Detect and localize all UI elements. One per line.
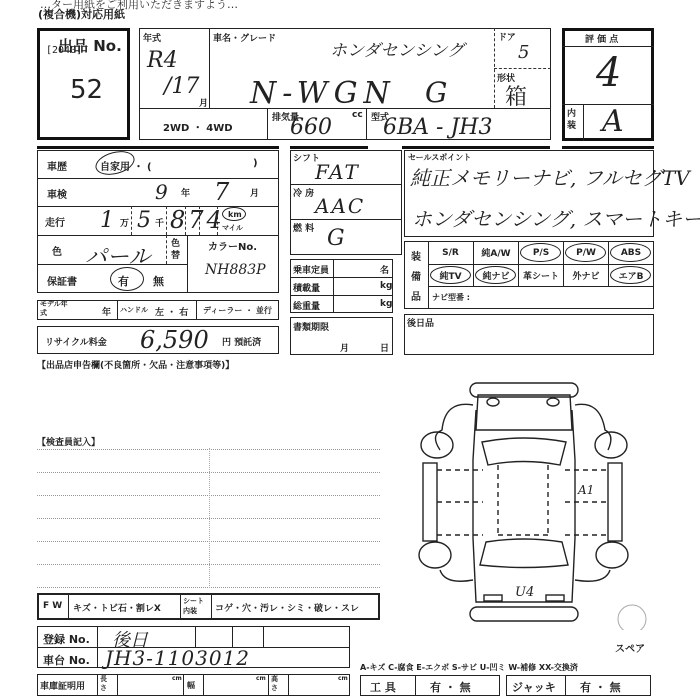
score-label: 評 価 点 [585,32,618,45]
docs-day: 日 [380,341,389,354]
color-no-label: カラーNo. [208,238,257,253]
mileage-man-unit: 万 [120,216,129,229]
grade-value: G [425,76,447,109]
sales-point-line1: 純正メモリーナビ, フルセグTV [410,162,690,191]
load-label: 積載量 [293,281,320,294]
length-label: 長さ [100,675,112,693]
door-value: 5 [518,42,529,63]
inspection-year-unit: 年 [181,186,190,199]
fw-options: キズ・トビ石・割レX [73,601,161,614]
width-unit: cm [256,675,266,682]
docs-month: 月 [340,341,349,354]
lot-stamp: [2040] [46,45,82,56]
color-value: パール [85,240,151,271]
mileage-sen-unit: 千 [155,216,164,229]
year-value: R4 [147,48,178,73]
inspection-month: 7 [214,178,229,206]
equipment-selected-circle [565,243,606,262]
warranty-no[interactable]: 無 [153,273,164,289]
warranty-label: 保証書 [47,273,77,288]
dealer-label[interactable]: ディーラー ・ 並行 [203,305,272,316]
equipment-item[interactable]: 純A/W [473,241,518,264]
handle-label: ハンドル [120,305,148,315]
spare-label: スペア [615,640,645,655]
model-year-label: モデル年式 [40,300,70,318]
inspection-month-unit: 月 [250,186,259,199]
equipment-item[interactable]: S/R [428,241,473,264]
color-no-value: NH883P [205,262,266,278]
equipment-selected-circle [520,243,561,262]
model-year-unit: 年 [102,305,111,318]
recycle-value: 6,590 [140,326,209,354]
seat-label: シート内装 [183,596,209,616]
capacity-label: 乗車定員 [293,263,329,276]
garage-label: 車庫証明用 [40,679,85,692]
equipment-selected-circle [475,266,516,284]
width-label: 幅 [187,680,195,691]
door-label: ドア [498,30,516,43]
inspector-label: 【検査員記入】 [37,435,100,448]
damage-mark-u4: U4 [515,585,534,600]
sheet-type-note: (複合機)対応用紙 [38,6,125,22]
jack-options[interactable]: 有 ・ 無 [580,679,621,695]
mileage-man: 1 [100,208,114,233]
mileage-sen: 5 [137,208,151,233]
jack-label: ジャッキ [512,679,556,695]
drive-label: 2WD ・ 4WD [163,119,233,134]
later-box [404,314,654,355]
model-value: 6BA - JH3 [383,115,492,140]
recycle-unit: 円 預託済 [222,335,261,348]
fw-label: F W [43,601,62,611]
inspection-label: 車検 [47,186,67,201]
name-value-1: ホンダセンシング [330,36,464,61]
lot-number: 52 [70,75,103,105]
load-unit: kg [380,281,392,291]
usage-label: 車歴 [47,158,67,173]
tools-options[interactable]: 有 ・ 無 [430,679,471,695]
name-label: 車名・グレード [213,31,276,44]
interior-value: A [602,104,624,139]
chassis-value: JH3-1103012 [105,646,250,670]
displacement-unit: cc [352,110,363,120]
handle-options[interactable]: 左 ・ 右 [155,305,188,318]
usage-close: ) [253,158,258,169]
displacement-value: 660 [290,115,332,140]
equipment-selected-circle [430,266,471,284]
lot-number-box: 出品 No. [2040] 52 [37,28,130,140]
month-value: /17 [164,74,199,99]
chassis-label: 車台 No. [43,652,90,668]
damage-legend: A-キズ C-腐食 E-エクボ S-サビ U-凹ミ W-補修 XX-交換済 [360,662,578,673]
equipment-selected-circle [610,266,651,284]
capacity-unit: 名 [380,263,389,276]
reg-label: 登録 No. [43,631,90,647]
recycle-label: リサイクル料金 [45,335,107,348]
seat-options: コゲ・穴・汚レ・シミ・破レ・スレ [215,601,359,614]
equipment-item[interactable]: 外ナビ [563,264,608,286]
equipment-item[interactable]: 革シート [518,264,563,286]
length-unit: cm [172,675,182,682]
later-label: 後日品 [407,316,434,329]
mileage-unit-mile: マイル [222,223,243,233]
equipment-label: 装備品 [411,248,423,308]
fuel-value: G [327,226,345,251]
fuel-label: 燃 料 [293,221,314,234]
seller-notes-label: 【出品店申告欄(不良箇所・欠品・注意事項等)】 [37,358,234,371]
inspection-year: 9 [155,180,168,204]
tools-label: 工 具 [370,679,396,695]
mileage-label: 走行 [45,214,65,229]
month-suffix: 月 [199,96,208,109]
name-value-2: N-WGN [250,76,396,111]
ac-label: 冷 房 [293,186,314,199]
color-change-label: 色替 [171,238,183,262]
warranty-yes-circle [110,267,144,291]
gross-label: 総重量 [293,299,320,312]
year-label: 年式 [143,31,161,44]
docs-label: 書類期限 [293,320,329,333]
equipment-selected-circle [610,243,651,262]
score-value: 4 [596,50,621,96]
gross-unit: kg [380,299,392,309]
height-unit: cm [338,675,348,682]
km-circle [222,207,246,221]
shift-value: FAT [315,160,360,184]
mileage-rest: 874 [170,206,225,234]
color-label: 色 [52,243,62,258]
ac-value: AAC [315,194,365,218]
height-label: 高さ [271,675,283,693]
interior-label: 内装 [567,108,579,132]
damage-mark-a1: A1 [578,483,594,497]
sales-point-line2: ホンダセンシング, スマートキー [412,203,700,232]
navi-model-label: ナビ型番 : [432,292,470,303]
shape-value: 箱 [505,80,527,111]
car-damage-diagram [400,370,700,630]
